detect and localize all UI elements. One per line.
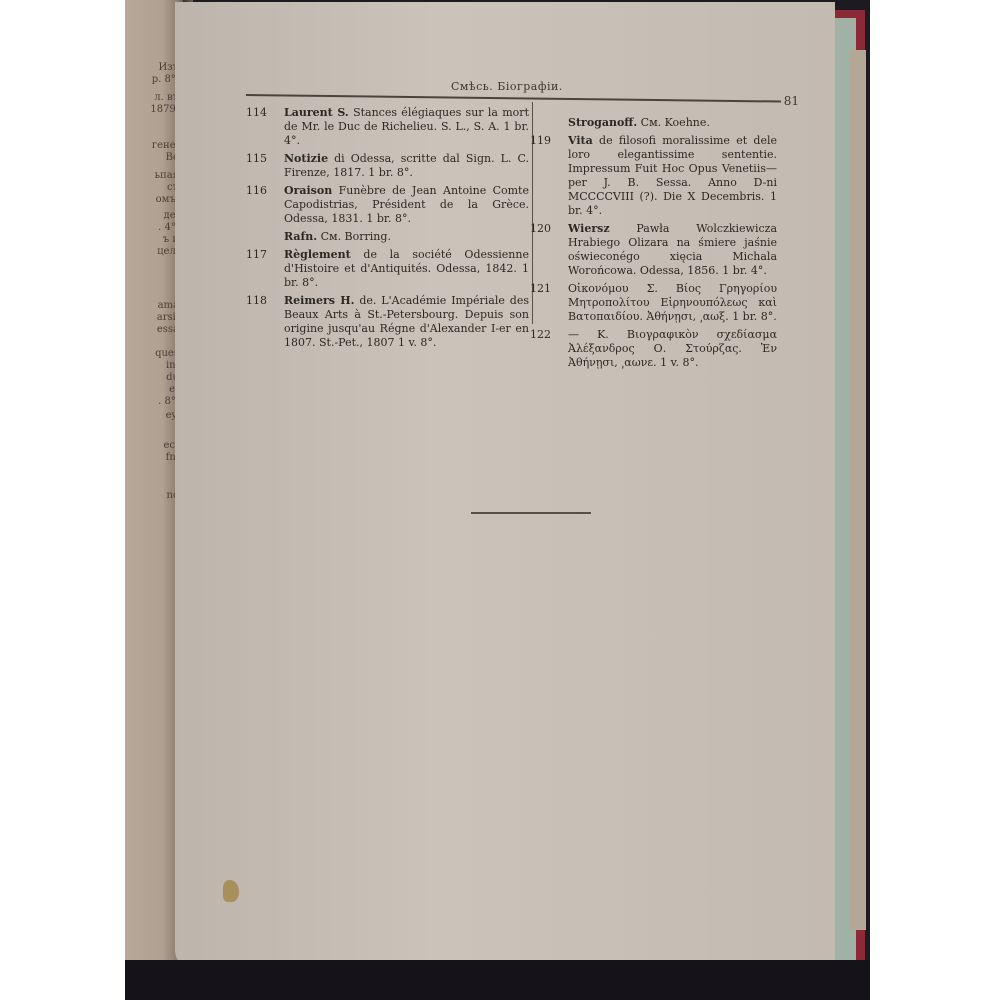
book-photo: Изър. 8°.л. въ1879.гене-Воьпаясъомъ.де-.… xyxy=(125,0,870,1000)
right-page: Смѣсь. Біографіи. 81 114Laurent S. Stanc… xyxy=(175,2,835,970)
entry-heading: Notizie xyxy=(284,152,328,165)
entry-text: Οἰκονόμου Σ. Βίος Γρηγορίου Μητροπολίτου… xyxy=(568,282,777,323)
left-column: 114Laurent S. Stances élégiaques sur la … xyxy=(246,106,529,354)
paper-stain xyxy=(223,880,239,902)
entry: 114Laurent S. Stances élégiaques sur la … xyxy=(246,106,529,148)
entry: 122— Κ. Βιογραφικὸν σχεδίασμα Ἀλέξανδρος… xyxy=(530,328,777,370)
entry-text: См. Borring. xyxy=(317,230,391,243)
entry-text: de filosofi moralissime et dele loro ele… xyxy=(568,134,777,217)
entry: 121Οἰκονόμου Σ. Βίος Γρηγορίου Μητροπολί… xyxy=(530,282,777,324)
entry-heading: Stroganoff. xyxy=(568,116,637,129)
cross-reference: Rafn. См. Borring. xyxy=(246,230,529,244)
entry-number: 114 xyxy=(246,106,267,120)
page-number: 81 xyxy=(784,94,799,108)
entry-heading: Oraison xyxy=(284,184,332,197)
entry-text: — Κ. Βιογραφικὸν σχεδίασμα Ἀλέξανδρος Ο.… xyxy=(568,328,777,369)
entry-heading: Wiersz xyxy=(568,222,610,235)
entry-number: 120 xyxy=(530,222,551,236)
entry-number: 117 xyxy=(246,248,267,262)
entry-number: 118 xyxy=(246,294,267,308)
entry-heading: Reimers H. xyxy=(284,294,354,307)
entry-heading: Règlement xyxy=(284,248,351,261)
entry-heading: Laurent S. xyxy=(284,106,349,119)
section-end-rule xyxy=(471,512,591,514)
entry-text: См. Koehne. xyxy=(637,116,710,129)
entry-number: 115 xyxy=(246,152,267,166)
entry-number: 121 xyxy=(530,282,551,296)
entry: 118Reimers H. de. L'Académie Impériale d… xyxy=(246,294,529,350)
entry: 117Règlement de la société Odessienne d'… xyxy=(246,248,529,290)
right-column: Stroganoff. См. Koehne. 119Vita de filos… xyxy=(530,116,777,374)
table-shadow xyxy=(125,960,870,1000)
entry-number: 119 xyxy=(530,134,551,148)
entry: 119Vita de filosofi moralissime et dele … xyxy=(530,134,777,218)
entry: 116Oraison Funèbre de Jean Antoine Comte… xyxy=(246,184,529,226)
running-head: Смѣсь. Біографіи. xyxy=(451,80,563,93)
page-edge-beige xyxy=(850,50,866,930)
entry-number: 122 xyxy=(530,328,551,342)
entry-heading: Vita xyxy=(568,134,593,147)
entry-heading: Rafn. xyxy=(284,230,317,243)
entry-number: 116 xyxy=(246,184,267,198)
entry: 120Wiersz Pawła Wolczkiewicza Hrabiego O… xyxy=(530,222,777,278)
entry: 115Notizie di Odessa, scritte dal Sign. … xyxy=(246,152,529,180)
cross-reference: Stroganoff. См. Koehne. xyxy=(530,116,777,130)
